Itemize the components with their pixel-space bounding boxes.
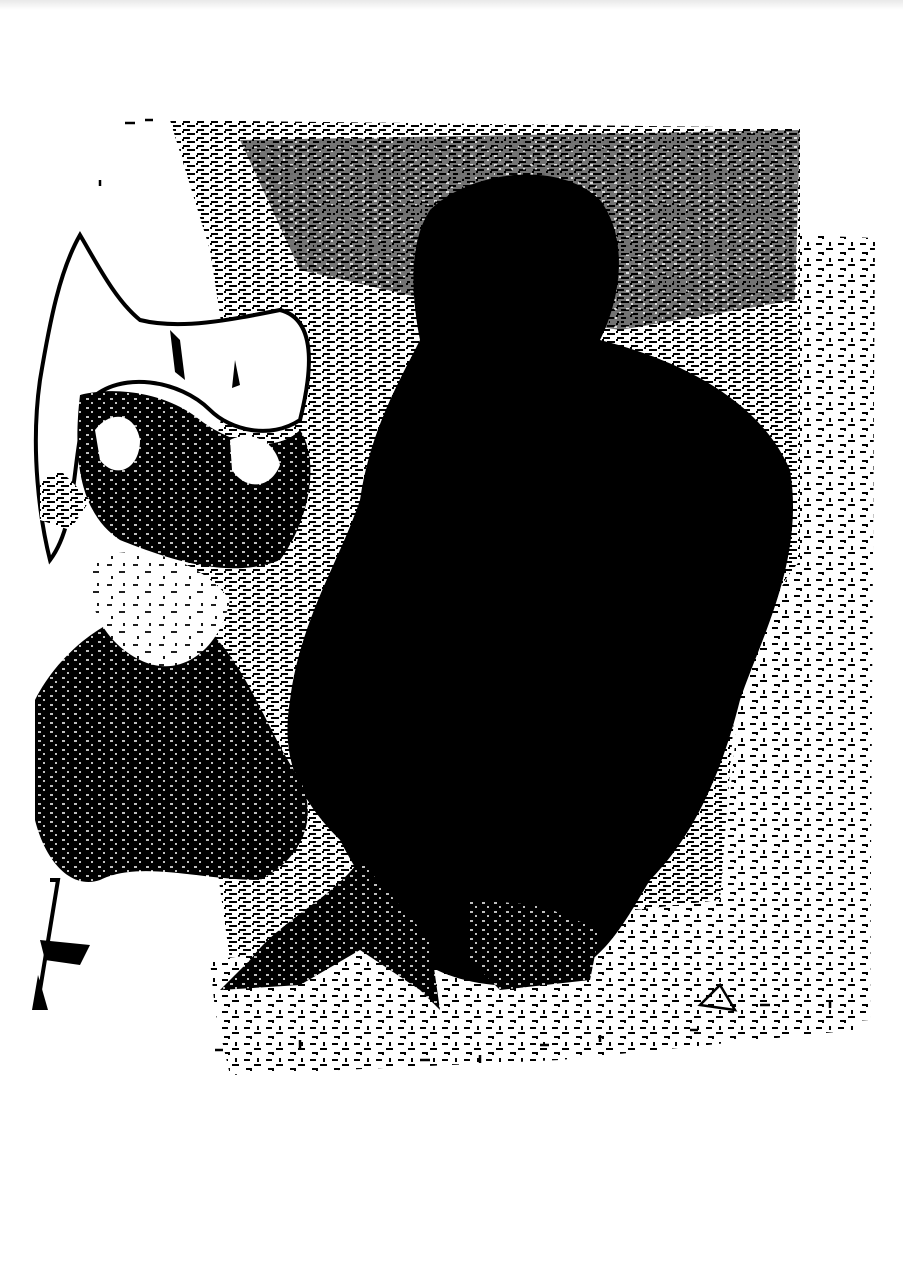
ink-illustration xyxy=(0,0,903,1280)
small-pendant xyxy=(32,880,90,1010)
